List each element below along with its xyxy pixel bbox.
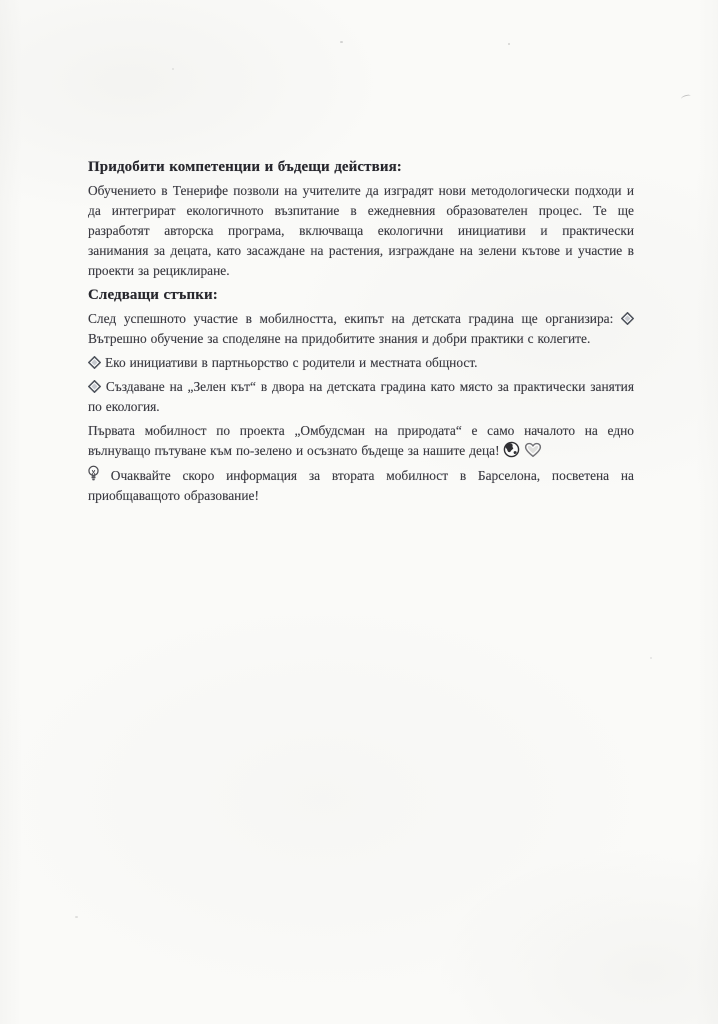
next-steps-intro-paragraph: След успешното участие в мобилността, ек… (88, 309, 634, 349)
document-content: Придобити компетенции и бъдещи действия:… (88, 157, 634, 510)
next-steps-heading: Следващи стъпки: (88, 285, 634, 305)
first-mobility-paragraph: Първата мобилност по проекта „Омбудсман … (88, 421, 634, 461)
text-line: Обучението в Тенерифе позволи на учители… (88, 181, 634, 201)
scan-speck (340, 41, 343, 43)
text-segment: Еко инициативи в партньорство с родители… (105, 355, 478, 370)
scan-speck (75, 916, 78, 918)
lightbulb-icon (88, 465, 99, 485)
diamond-bullet-icon (88, 356, 101, 369)
scanned-document-page: { "page": { "paper_color": "#fafaf8", "i… (0, 0, 718, 1024)
text-segment: да интегрират екологичното възпитание в … (88, 203, 634, 218)
barcelona-announcement-paragraph: Очаквайте скоро информация за втората мо… (88, 465, 634, 506)
text-line: приобщаващото образование! (88, 486, 634, 506)
diamond-bullet-icon (621, 312, 634, 325)
text-segment: Очаквайте скоро информация за втората мо… (111, 468, 634, 483)
acquired-competencies-heading: Придобити компетенции и бъдещи действия: (88, 157, 634, 177)
text-line: След успешното участие в мобилността, ек… (88, 309, 634, 329)
diamond-bullet-icon (88, 380, 101, 393)
heading-text: Следващи стъпки: (88, 287, 218, 303)
text-line: Очаквайте скоро информация за втората мо… (88, 465, 634, 486)
globe-icon (503, 441, 520, 458)
paper-background (0, 0, 718, 1024)
scan-speck (650, 657, 652, 659)
heading-text: Придобити компетенции и бъдещи действия: (88, 159, 402, 175)
text-line: проекти за рециклиране. (88, 261, 634, 281)
green-corner-bullet: Създаване на „Зелен кът“ в двора на детс… (88, 377, 634, 417)
text-line: Създаване на „Зелен кът“ в двора на детс… (88, 377, 634, 397)
competencies-paragraph: Обучението в Тенерифе позволи на учители… (88, 181, 634, 281)
text-line: Вътрешно обучение за споделяне на придоб… (88, 329, 634, 349)
text-line: да интегрират екологичното възпитание в … (88, 201, 634, 221)
text-segment: приобщаващото образование! (88, 488, 259, 503)
text-segment: Обучението в Тенерифе позволи на учители… (88, 183, 634, 198)
text-segment: След успешното участие в мобилността, ек… (88, 311, 613, 326)
text-line: Еко инициативи в партньорство с родители… (88, 353, 634, 373)
scan-speck (172, 68, 174, 70)
text-segment: Вътрешно обучение за споделяне на придоб… (88, 331, 590, 346)
text-segment: вълнуващо пътуване към по-зелено и осъзн… (88, 443, 500, 458)
text-line: вълнуващо пътуване към по-зелено и осъзн… (88, 441, 634, 461)
text-line: Първата мобилност по проекта „Омбудсман … (88, 421, 634, 441)
eco-initiatives-bullet: Еко инициативи в партньорство с родители… (88, 353, 634, 373)
text-segment: Първата мобилност по проекта „Омбудсман … (88, 423, 634, 438)
text-segment: разработят авторска програма, включваща … (88, 223, 634, 238)
text-line: разработят авторска програма, включваща … (88, 221, 634, 241)
text-segment: по екология. (88, 399, 160, 414)
text-line: по екология. (88, 397, 634, 417)
text-segment: проекти за рециклиране. (88, 263, 230, 278)
text-segment: Създаване на „Зелен кът“ в двора на детс… (106, 379, 634, 394)
text-line: занимания за децата, като засаждане на р… (88, 241, 634, 261)
scan-speck (508, 43, 510, 45)
text-segment: занимания за децата, като засаждане на р… (88, 243, 634, 258)
heart-icon (524, 442, 542, 458)
